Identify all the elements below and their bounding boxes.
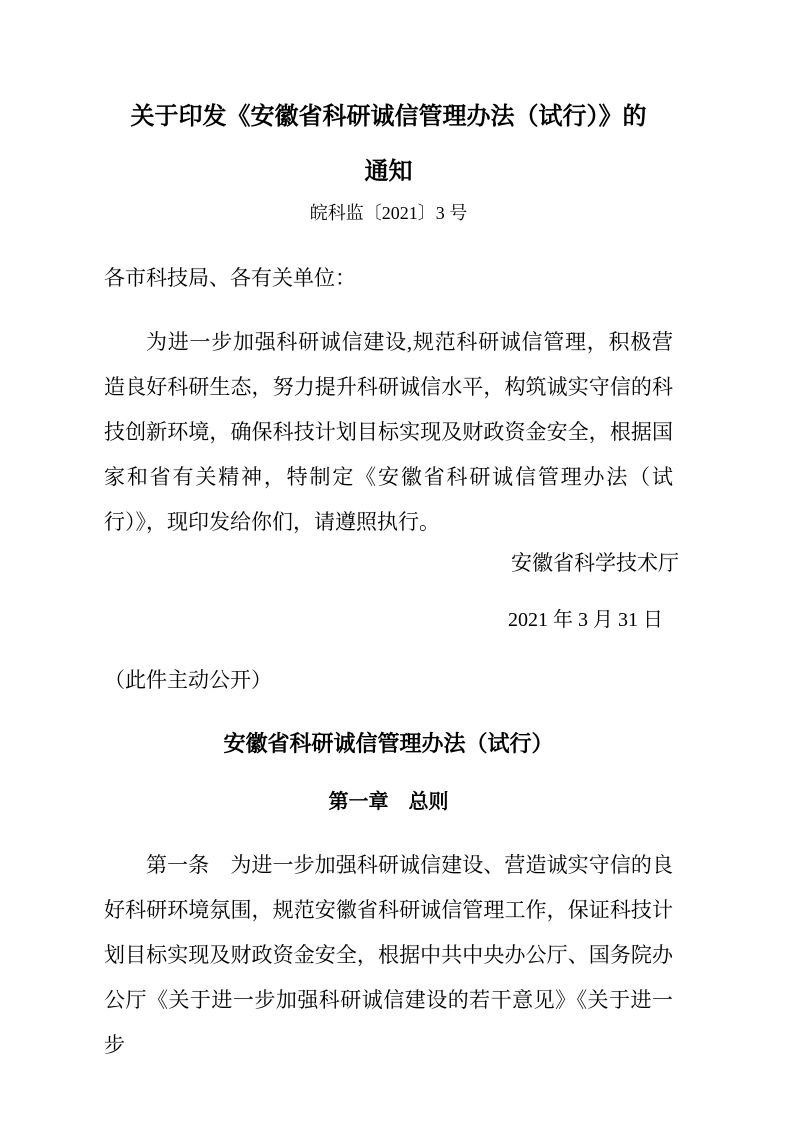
- issuing-agency: 安徽省科学技术厅: [104, 541, 679, 586]
- disclosure-note: （此件主动公开）: [104, 658, 673, 703]
- salutation: 各市科技局、各有关单位：: [104, 256, 673, 301]
- document-page: 关于印发《安徽省科研诚信管理办法（试行）》的 通知 皖科监〔2021〕3 号 各…: [0, 0, 793, 1122]
- issue-date: 2021 年 3 月 31 日: [104, 598, 663, 643]
- article-one-paragraph: 第一条 为进一步加强科研诚信建设、营造诚实守信的良好科研环境氛围，规范安徽省科研…: [104, 843, 673, 1068]
- notice-title: 关于印发《安徽省科研诚信管理办法（试行）》的 通知: [104, 89, 673, 199]
- notice-body-paragraph: 为进一步加强科研诚信建设,规范科研诚信管理，积极营造良好科研生态，努力提升科研诚…: [104, 320, 673, 545]
- chapter-one-heading: 第一章 总则: [104, 780, 673, 825]
- document-number: 皖科监〔2021〕3 号: [104, 191, 673, 236]
- measures-title: 安徽省科研诚信管理办法（试行）: [104, 721, 673, 766]
